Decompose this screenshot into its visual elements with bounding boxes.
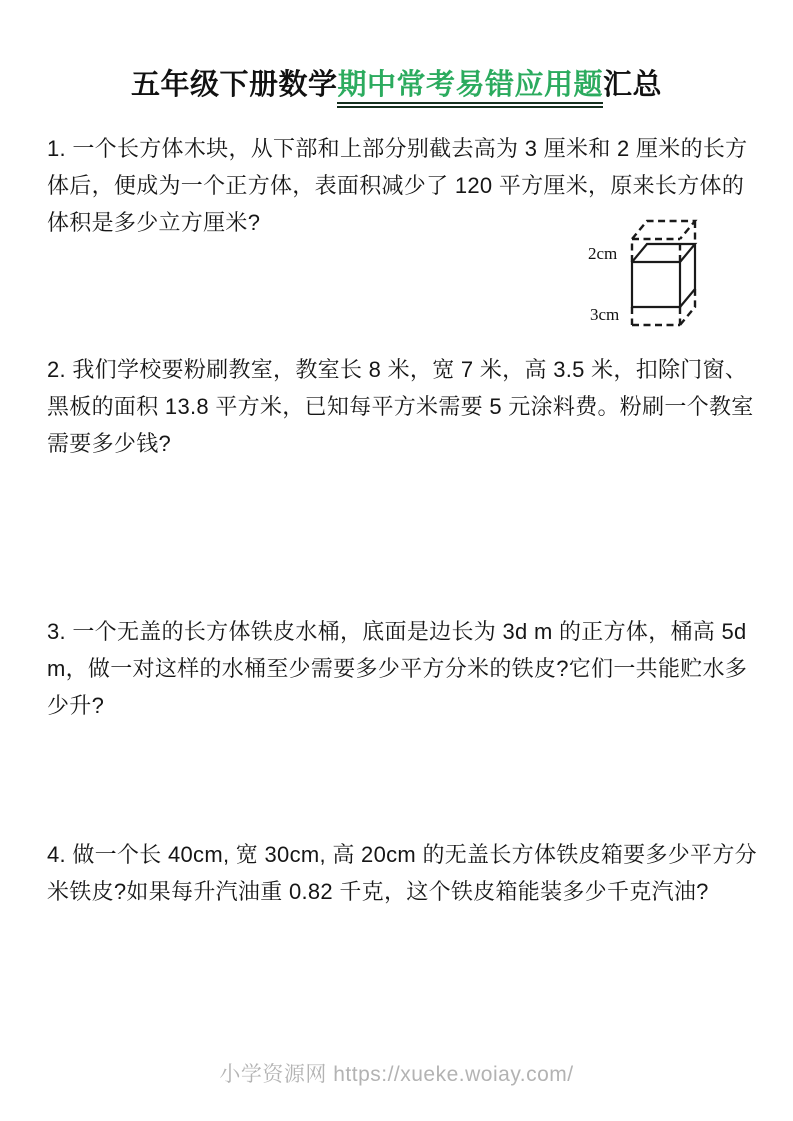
diagram-label-bottom: 3cm xyxy=(590,305,619,324)
problem-3-line-1: 3. 一个无盖的长方体铁皮水桶，底面是边长为 3d m 的正方体，桶高 5d xyxy=(47,613,749,650)
title-suffix: 汇总 xyxy=(603,69,662,101)
problem-2: 2. 我们学校要粉刷教室，教室长 8 米，宽 7 米，高 3.5 米，扣除门窗、… xyxy=(47,351,749,462)
remaining-cube xyxy=(632,244,695,307)
title-highlight: 期中常考易错应用题 xyxy=(337,69,603,108)
problem-3-line-2: m，做一对这样的水桶至少需要多少平方分米的铁皮?它们一共能贮水多 xyxy=(47,650,749,687)
problem-2-line-2: 黑板的面积 13.8 平方米，已知每平方米需要 5 元涂料费。粉刷一个教室 xyxy=(47,388,749,425)
cuboid-diagram: 2cm 3cm xyxy=(580,212,755,340)
problem-2-line-3: 需要多少钱? xyxy=(47,425,749,462)
cuboid-figure: 2cm 3cm xyxy=(580,212,755,340)
footer-watermark: 小学资源网 https://xueke.woiay.com/ xyxy=(0,1058,793,1088)
page-title: 五年级下册数学期中常考易错应用题汇总 xyxy=(0,66,793,104)
problem-1-line-2: 体后，便成为一个正方体，表面积减少了 120 平方厘米，原来长方体的 xyxy=(47,167,749,204)
problem-4: 4. 做一个长 40cm, 宽 30cm, 高 20cm 的无盖长方体铁皮箱要多… xyxy=(47,836,749,910)
problem-4-line-2: 米铁皮?如果每升汽油重 0.82 千克，这个铁皮箱能装多少千克汽油? xyxy=(47,873,749,910)
diagram-label-top: 2cm xyxy=(588,244,617,263)
title-prefix: 五年级下册数学 xyxy=(131,69,338,101)
problem-2-line-1: 2. 我们学校要粉刷教室，教室长 8 米，宽 7 米，高 3.5 米，扣除门窗、 xyxy=(47,351,749,388)
problem-1-line-1: 1. 一个长方体木块，从下部和上部分别截去高为 3 厘米和 2 厘米的长方 xyxy=(47,130,749,167)
worksheet-page: 五年级下册数学期中常考易错应用题汇总 1. 一个长方体木块，从下部和上部分别截去… xyxy=(0,0,793,1121)
problem-3-line-3: 少升? xyxy=(47,687,749,724)
problem-3: 3. 一个无盖的长方体铁皮水桶，底面是边长为 3d m 的正方体，桶高 5d m… xyxy=(47,613,749,724)
problem-4-line-1: 4. 做一个长 40cm, 宽 30cm, 高 20cm 的无盖长方体铁皮箱要多… xyxy=(47,836,749,873)
